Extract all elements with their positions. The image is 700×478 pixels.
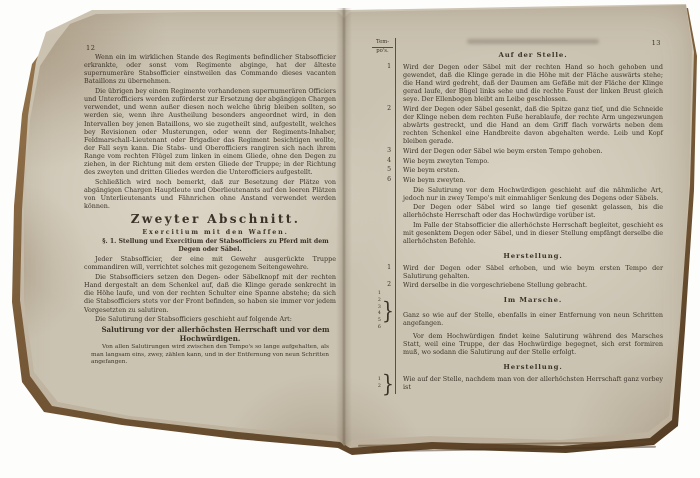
tempo-number: 1 [372,63,396,105]
margin-spacer [372,332,396,358]
body-paragraph-cell: Die Salutirung vor dem Hochwürdigen gesc… [396,186,663,247]
tempo-brace-numbers: 1 2 3 4 5 6 [378,291,381,332]
drill-item-paragraph: Wie beym ersten. [403,166,663,174]
drill-item-text: Wie auf der Stelle, nachdem man von der … [396,375,663,394]
tempo-number: 1 [378,291,381,298]
margin-spacer [372,247,396,264]
tempo-number: 1 [372,264,396,282]
page-number: 13 [652,39,661,47]
article-heading: §. 1. Stellung und Exercitium der Stabso… [84,238,336,254]
body-paragraph: Wenn ein im wirklichen Stande des Regime… [84,53,336,86]
subsection-heading-cell: Herstellung. [396,358,663,375]
page-heading-cell: Auf der Stelle. [396,38,663,63]
section-heading: Zweyter Abschnitt. [84,212,336,227]
body-paragraph-cell: Vor dem Hochwürdigen findet keine Saluti… [396,332,663,358]
drill-item-text: Wird der Degen oder Säbel wie beym erste… [396,147,663,157]
drill-item-paragraph: Ganz so wie auf der Stelle, ebenfalls in… [403,311,663,327]
body-paragraph: Die Stabsofficiers setzen den Degen- ode… [84,273,336,314]
body-paragraph: Die übrigen bey einem Regimente vorhande… [84,87,336,176]
page-heading: Auf der Stelle. [403,51,663,60]
left-page: 12 Wenn ein im wirklichen Stande des Reg… [84,44,336,368]
drill-item-text: Wird derselbe in die vorgeschriebene Ste… [396,281,663,291]
body-paragraph: Die Salutirung der Stabsofficiers geschi… [84,315,336,323]
tempo-brace-group: 1 2 } [372,375,396,394]
margin-column-header: Tem- po's. [372,38,396,63]
body-paragraph: Der Degen oder Säbel wird so lange tief … [403,203,663,219]
page-number: 12 [86,44,95,52]
body-paragraph: Jeder Stabsofficier, der eine mit Gewehr… [84,255,336,271]
gutter-shadow [336,8,352,446]
body-paragraph: Schließlich wird noch bemerkt, daß zur B… [84,178,336,211]
body-paragraph: Vor dem Hochwürdigen findet keine Saluti… [403,332,663,356]
drill-item-text: Ganz so wie auf der Stelle, ebenfalls in… [396,311,663,332]
drill-item-text: Wird der Degen oder Säbel mit der rechte… [396,63,663,105]
tempo-number: 6 [372,176,396,186]
drill-item-paragraph: Wird der Degen oder Säbel erhoben, und w… [403,264,663,280]
drill-item-text: Wird der Degen oder Säbel erhoben, und w… [396,264,663,282]
right-page-body: Tem- po's. Auf der Stelle. 1 Wird der De… [372,38,663,394]
tempo-number: 6 [378,325,381,332]
tempo-header-line: po's. [376,48,388,54]
ink-showthrough-smudge [467,39,599,44]
drill-item-paragraph: Wird der Degen oder Säbel gesenkt, daß d… [403,105,663,146]
right-page: 13 Tem- po's. Auf der Stelle. 1 Wird der… [372,38,663,394]
body-paragraph: Die Salutirung vor dem Hochwürdigen gesc… [403,186,663,202]
drill-item-paragraph: Wird derselbe in die vorgeschriebene Ste… [403,281,663,289]
drill-item-paragraph: Wie auf der Stelle, nachdem man von der … [403,375,663,391]
drill-item-text: Wie beym zweyten Tempo. [396,157,663,167]
tempo-number: 2 [378,298,381,305]
drill-item-text: Wie beym zweyten. [396,176,663,186]
tempo-brace-numbers: 1 2 [378,377,381,391]
body-paragraph: Im Falle der Stabsofficier die allerhöch… [403,221,663,245]
tempo-number: 2 [372,105,396,147]
subsection-heading: Im Marsche. [403,296,663,305]
tempo-number: 3 [372,147,396,157]
drill-item-text: Wie beym ersten. [396,166,663,176]
salutation-heading: Salutirung vor der allerhöchsten Herrsch… [84,325,336,343]
brace-glyph: } [382,372,394,396]
drill-item-paragraph: Wird der Degen oder Säbel wie beym erste… [403,147,663,155]
section-subheading: Exercitium mit den Waffen. [84,229,336,237]
brace-glyph: } [382,300,394,324]
tempo-number: 5 [372,166,396,176]
subsection-heading: Herstellung. [403,363,663,372]
drill-item-paragraph: Wird der Degen oder Säbel mit der rechte… [403,63,663,104]
tempo-number: 4 [372,157,396,167]
salutation-note: Von allen Salutirungen wird zwischen den… [84,344,336,366]
drill-item-text: Wird der Degen oder Säbel gesenkt, daß d… [396,105,663,147]
tempo-number: 2 [378,384,381,391]
tempo-header-line: Tem- [372,39,393,48]
drill-item-paragraph: Wie beym zweyten Tempo. [403,157,663,165]
subsection-heading-cell: Herstellung. [396,247,663,264]
drill-item-paragraph: Wie beym zweyten. [403,176,663,184]
tempo-number: 2 [372,281,396,291]
subsection-heading-cell: Im Marsche. [396,291,663,311]
margin-spacer [372,186,396,247]
book-photo: 12 Wenn ein im wirklichen Stande des Reg… [0,0,700,478]
subsection-heading: Herstellung. [403,252,663,261]
left-page-body: Wenn ein im wirklichen Stande des Regime… [84,53,336,366]
tempo-brace-group: 1 2 3 4 5 6 } [372,291,396,332]
